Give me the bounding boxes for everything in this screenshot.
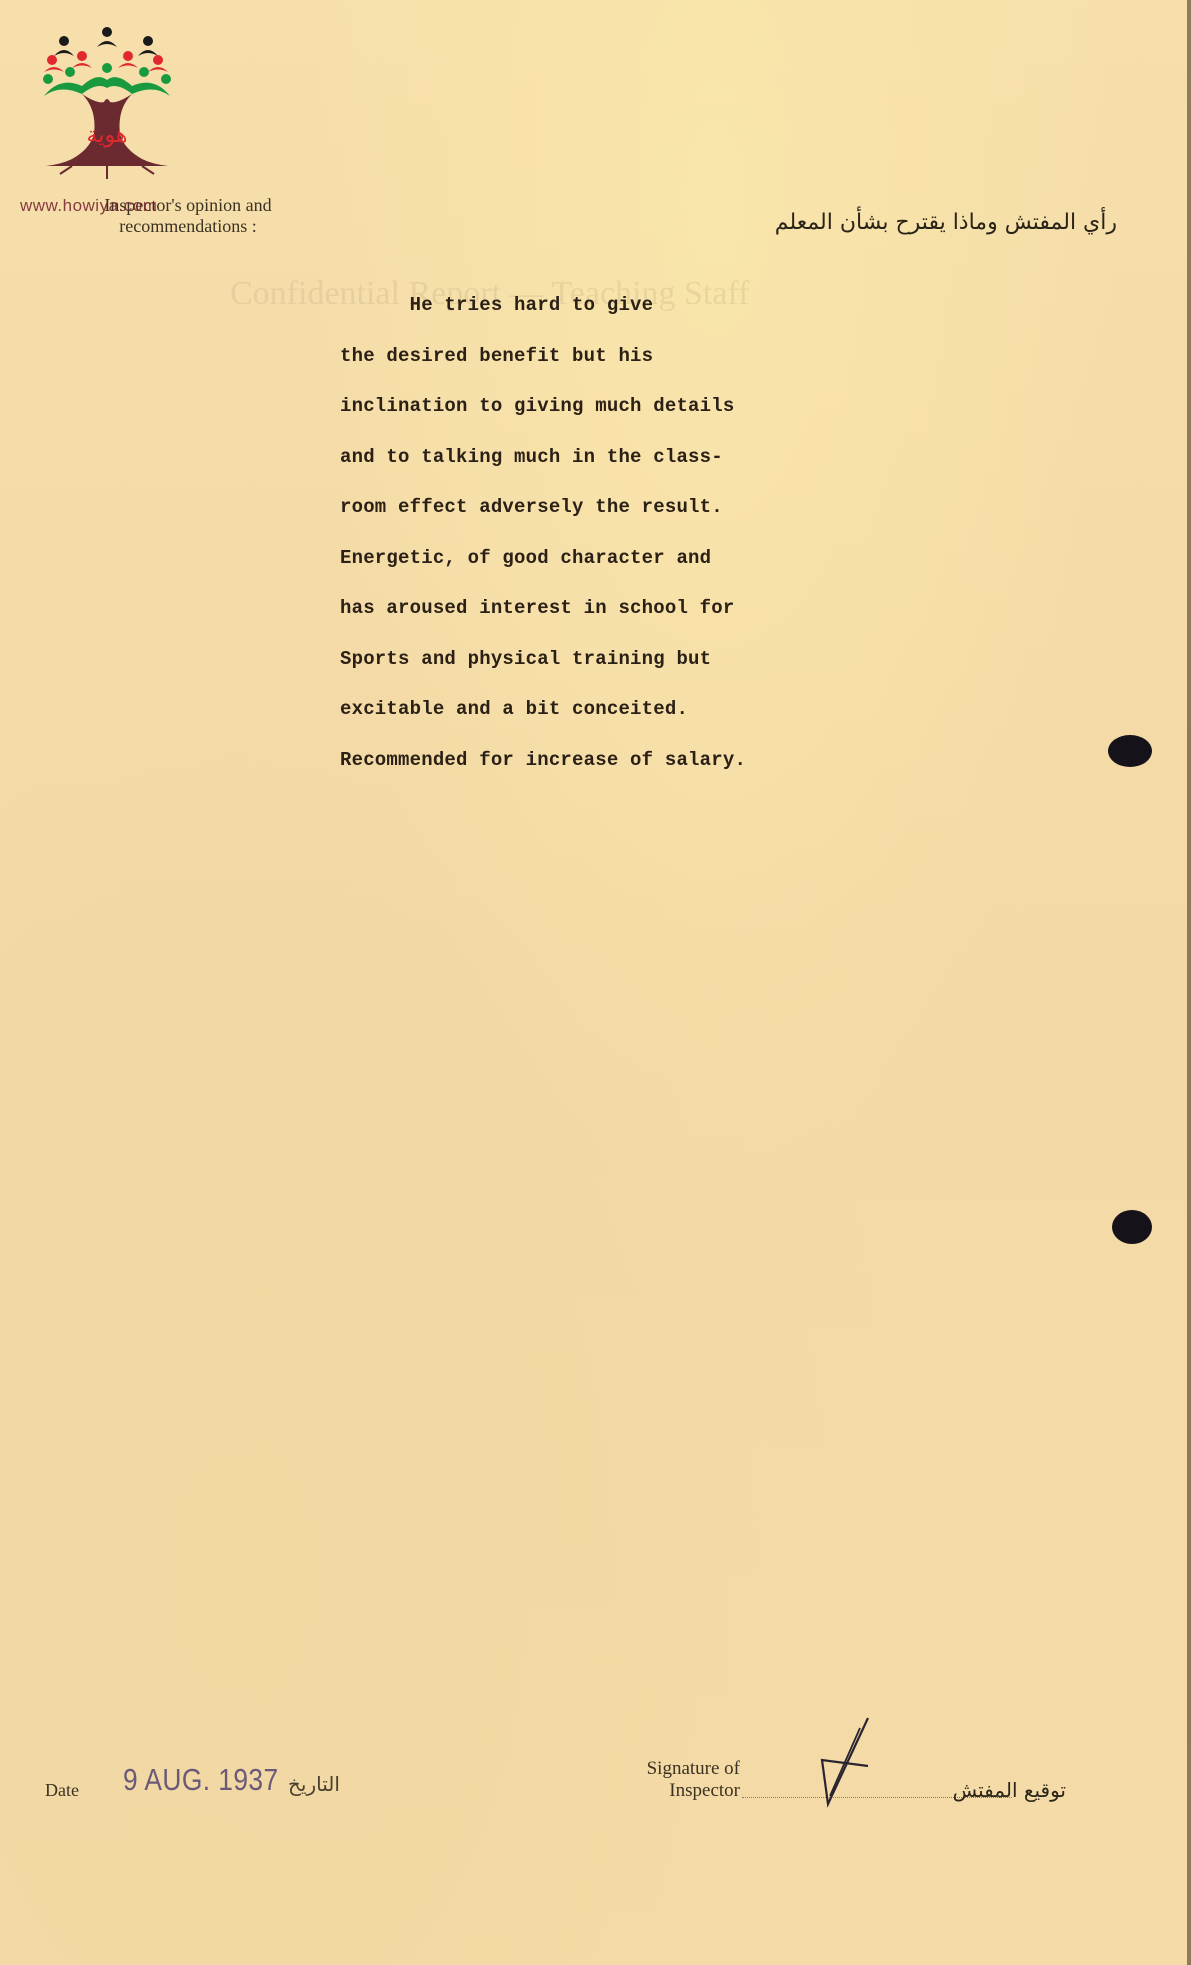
signature-label-line1: Signature of <box>600 1758 740 1780</box>
remarks-line: Energetic, of good character and <box>340 533 900 584</box>
typed-remarks: He tries hard to give the desired benefi… <box>340 280 900 785</box>
signature-label-arabic: توقيع المفتش <box>953 1778 1066 1802</box>
field-label-opinion-arabic: رأي المفتش وماذا يقترح بشأن المعلم <box>775 210 1117 235</box>
field-label-line2: recommendations : <box>68 216 308 237</box>
punch-hole <box>1112 1210 1152 1244</box>
remarks-line: and to talking much in the class- <box>340 432 900 483</box>
watermark-url: www.howiya.com <box>20 196 157 216</box>
remarks-line: excitable and a bit conceited. <box>340 684 900 735</box>
remarks-line: room effect adversely the result. <box>340 482 900 533</box>
punch-hole <box>1108 735 1152 767</box>
signature-label: Signature of Inspector <box>600 1758 740 1802</box>
remarks-line: inclination to giving much details <box>340 381 900 432</box>
remarks-line: Sports and physical training but <box>340 634 900 685</box>
date-stamp: 9 AUG. 1937 <box>123 1762 279 1798</box>
howiya-logo-icon: هوية <box>42 24 172 189</box>
date-label-arabic: التاريخ <box>288 1772 340 1796</box>
remarks-line: the desired benefit but his <box>340 331 900 382</box>
remarks-line: He tries hard to give <box>340 280 900 331</box>
signature-label-line2: Inspector <box>600 1780 740 1802</box>
scan-edge <box>1187 0 1191 1965</box>
remarks-line: has aroused interest in school for <box>340 583 900 634</box>
date-label: Date <box>45 1780 79 1801</box>
remarks-line: Recommended for increase of salary. <box>340 735 900 786</box>
inspector-signature-icon <box>808 1712 888 1812</box>
svg-text:هوية: هوية <box>87 123 128 148</box>
